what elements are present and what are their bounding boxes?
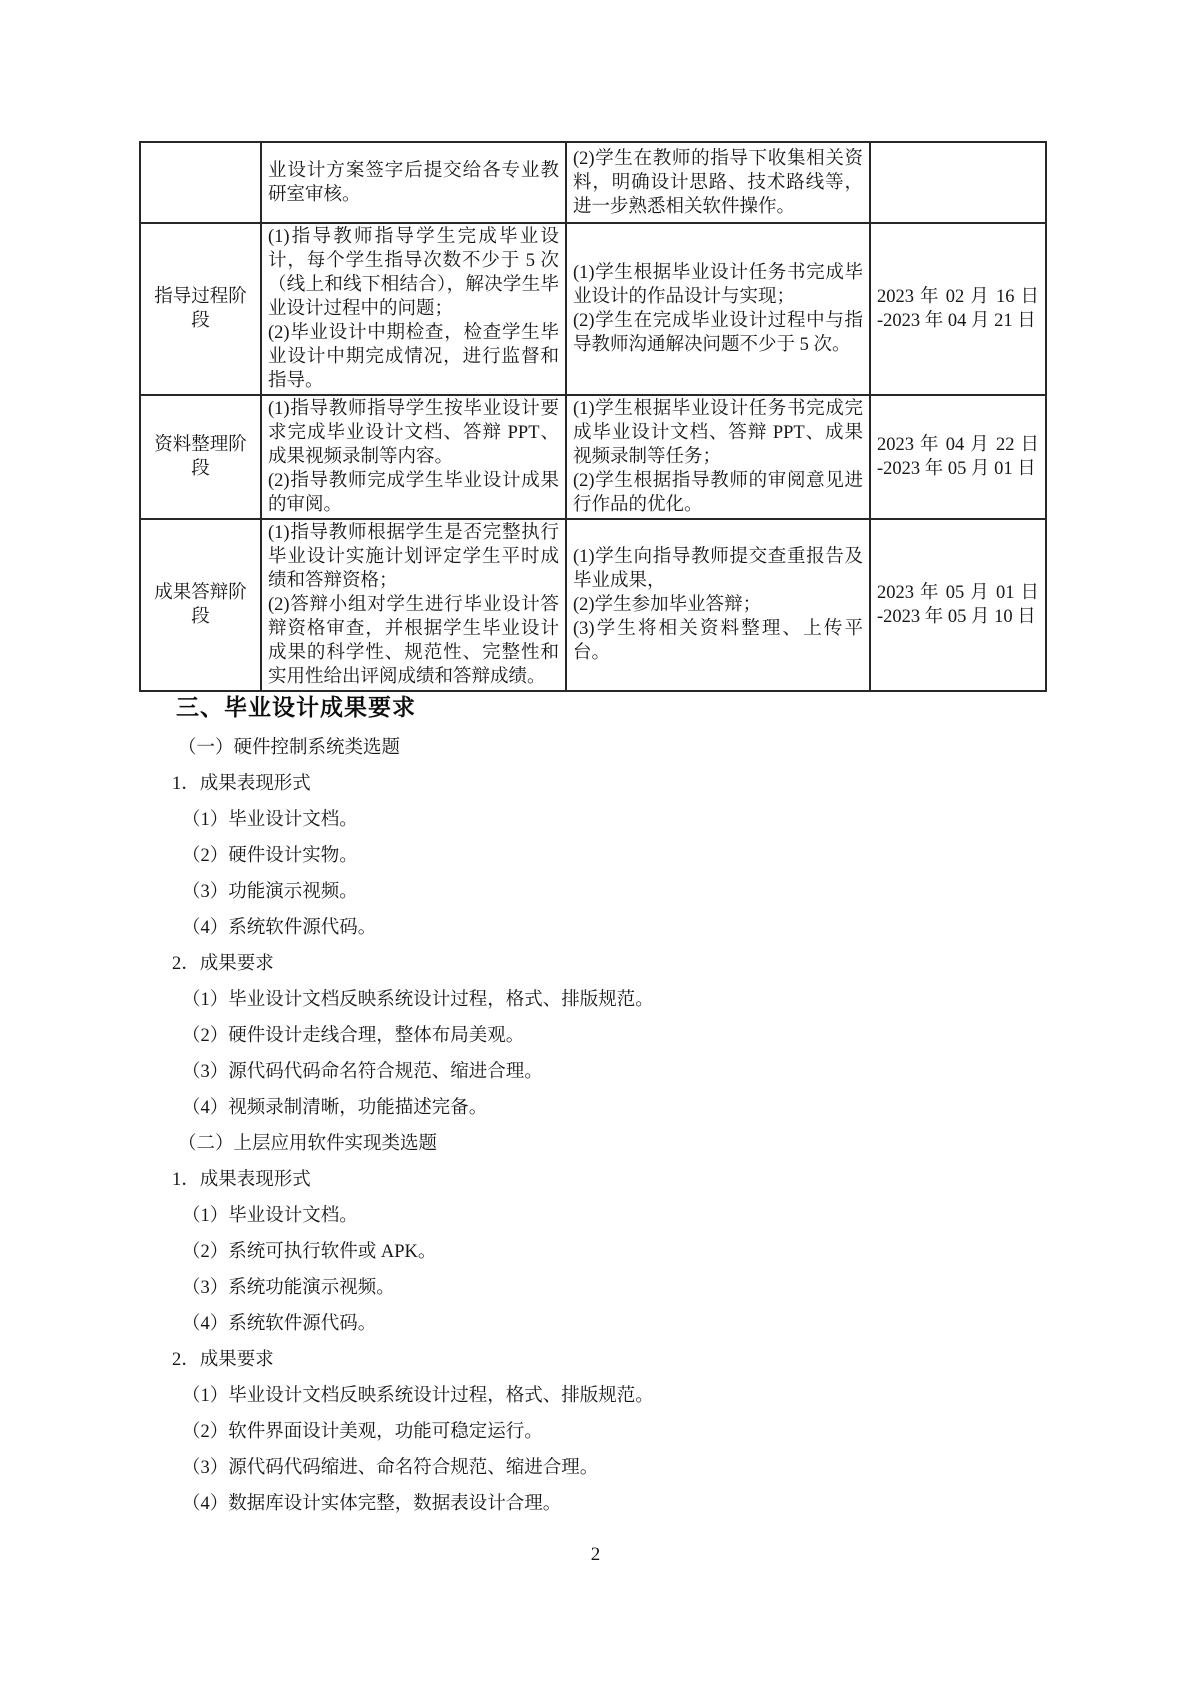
list-item: （2）硬件设计走线合理，整体布局美观。: [0, 1018, 1191, 1054]
student-tasks-cell: (1)学生根据毕业设计任务书完成完成毕业设计文档、答辩 PPT、成果视频录制等任…: [566, 395, 870, 519]
list-item: （2）系统可执行软件或 APK。: [0, 1234, 1191, 1270]
stage-cell: 成果答辩阶段: [140, 519, 261, 691]
student-tasks-cell: (2)学生在教师的指导下收集相关资料，明确设计思路、技术路线等，进一步熟悉相关软…: [566, 142, 870, 223]
teacher-tasks-cell: (1)指导教师指导学生完成毕业设计，每个学生指导次数不少于 5 次（线上和线下相…: [261, 223, 566, 395]
task-paragraph: (2)毕业设计中期检查，检查学生毕业设计中期完成情况，进行监督和指导。: [268, 321, 559, 393]
schedule-table: 业设计方案签字后提交给各专业教研室审核。 (2)学生在教师的指导下收集相关资料，…: [139, 141, 1047, 692]
teacher-tasks-cell: (1)指导教师指导学生按毕业设计要求完成毕业设计文档、答辩 PPT、成果视频录制…: [261, 395, 566, 519]
table-row: 业设计方案签字后提交给各专业教研室审核。 (2)学生在教师的指导下收集相关资料，…: [140, 142, 1046, 223]
section-heading: 三、毕业设计成果要求: [176, 692, 416, 722]
requirements-list: （一）硬件控制系统类选题1．成果表现形式（1）毕业设计文档。（2）硬件设计实物。…: [0, 730, 1191, 1522]
task-paragraph: (1)指导教师根据学生是否完整执行毕业设计实施计划评定学生平时成绩和答辩资格；: [268, 521, 559, 593]
task-paragraph: (1)学生向指导教师提交查重报告及毕业成果，: [573, 545, 863, 593]
task-paragraph: (2)学生在教师的指导下收集相关资料，明确设计思路、技术路线等，进一步熟悉相关软…: [573, 147, 863, 219]
date-range-cell: [870, 142, 1046, 223]
list-item: （4）数据库设计实体完整，数据表设计合理。: [0, 1486, 1191, 1522]
document-page: 业设计方案签字后提交给各专业教研室审核。 (2)学生在教师的指导下收集相关资料，…: [0, 0, 1191, 1684]
list-item: 1．成果表现形式: [0, 1162, 1191, 1198]
task-paragraph: (1)学生根据毕业设计任务书完成毕业设计的作品设计与实现；: [573, 261, 863, 309]
list-item: （4）系统软件源代码。: [0, 910, 1191, 946]
list-item: （1）毕业设计文档反映系统设计过程，格式、排版规范。: [0, 1378, 1191, 1414]
stage-cell: 指导过程阶段: [140, 223, 261, 395]
date-range-cell: 2023 年 04 月 22 日 -2023 年 05 月 01 日: [870, 395, 1046, 519]
table-row: 成果答辩阶段 (1)指导教师根据学生是否完整执行毕业设计实施计划评定学生平时成绩…: [140, 519, 1046, 691]
date-line: 2023 年 02 月 16 日: [877, 285, 1039, 309]
list-item: （4）系统软件源代码。: [0, 1306, 1191, 1342]
list-item: （1）毕业设计文档。: [0, 802, 1191, 838]
list-item: （一）硬件控制系统类选题: [0, 730, 1191, 766]
teacher-tasks-cell: 业设计方案签字后提交给各专业教研室审核。: [261, 142, 566, 223]
date-range-cell: 2023 年 05 月 01 日 -2023 年 05 月 10 日: [870, 519, 1046, 691]
list-item: （3）功能演示视频。: [0, 874, 1191, 910]
list-item: （3）系统功能演示视频。: [0, 1270, 1191, 1306]
stage-cell: 资料整理阶段: [140, 395, 261, 519]
list-item: 2．成果要求: [0, 1342, 1191, 1378]
task-paragraph: (3)学生将相关资料整理、上传平台。: [573, 617, 863, 665]
list-item: （二）上层应用软件实现类选题: [0, 1126, 1191, 1162]
task-paragraph: (1)学生根据毕业设计任务书完成完成毕业设计文档、答辩 PPT、成果视频录制等任…: [573, 397, 863, 469]
student-tasks-cell: (1)学生根据毕业设计任务书完成毕业设计的作品设计与实现； (2)学生在完成毕业…: [566, 223, 870, 395]
date-line: -2023 年 04 月 21 日: [877, 309, 1039, 333]
date-line: 2023 年 04 月 22 日: [877, 433, 1039, 457]
list-item: （3）源代码代码命名符合规范、缩进合理。: [0, 1054, 1191, 1090]
list-item: （3）源代码代码缩进、命名符合规范、缩进合理。: [0, 1450, 1191, 1486]
task-paragraph: (2)指导教师完成学生毕业设计成果的审阅。: [268, 469, 559, 517]
student-tasks-cell: (1)学生向指导教师提交查重报告及毕业成果， (2)学生参加毕业答辩； (3)学…: [566, 519, 870, 691]
task-paragraph: (2)学生参加毕业答辩；: [573, 593, 863, 617]
table-row: 指导过程阶段 (1)指导教师指导学生完成毕业设计，每个学生指导次数不少于 5 次…: [140, 223, 1046, 395]
page-number: 2: [0, 1540, 1191, 1570]
list-item: （1）毕业设计文档反映系统设计过程，格式、排版规范。: [0, 982, 1191, 1018]
stage-cell: [140, 142, 261, 223]
task-paragraph: 业设计方案签字后提交给各专业教研室审核。: [268, 159, 559, 207]
date-line: -2023 年 05 月 10 日: [877, 605, 1039, 629]
date-line: -2023 年 05 月 01 日: [877, 457, 1039, 481]
teacher-tasks-cell: (1)指导教师根据学生是否完整执行毕业设计实施计划评定学生平时成绩和答辩资格； …: [261, 519, 566, 691]
list-item: （1）毕业设计文档。: [0, 1198, 1191, 1234]
task-paragraph: (2)学生在完成毕业设计过程中与指导教师沟通解决问题不少于 5 次。: [573, 309, 863, 357]
table-row: 资料整理阶段 (1)指导教师指导学生按毕业设计要求完成毕业设计文档、答辩 PPT…: [140, 395, 1046, 519]
list-item: （4）视频录制清晰，功能描述完备。: [0, 1090, 1191, 1126]
task-paragraph: (2)答辩小组对学生进行毕业设计答辩资格审查，并根据学生毕业设计成果的科学性、规…: [268, 593, 559, 689]
list-item: 1．成果表现形式: [0, 766, 1191, 802]
date-line: 2023 年 05 月 01 日: [877, 581, 1039, 605]
date-range-cell: 2023 年 02 月 16 日 -2023 年 04 月 21 日: [870, 223, 1046, 395]
list-item: （2）硬件设计实物。: [0, 838, 1191, 874]
task-paragraph: (1)指导教师指导学生完成毕业设计，每个学生指导次数不少于 5 次（线上和线下相…: [268, 225, 559, 321]
task-paragraph: (2)学生根据指导教师的审阅意见进行作品的优化。: [573, 469, 863, 517]
list-item: 2．成果要求: [0, 946, 1191, 982]
task-paragraph: (1)指导教师指导学生按毕业设计要求完成毕业设计文档、答辩 PPT、成果视频录制…: [268, 397, 559, 469]
list-item: （2）软件界面设计美观，功能可稳定运行。: [0, 1414, 1191, 1450]
